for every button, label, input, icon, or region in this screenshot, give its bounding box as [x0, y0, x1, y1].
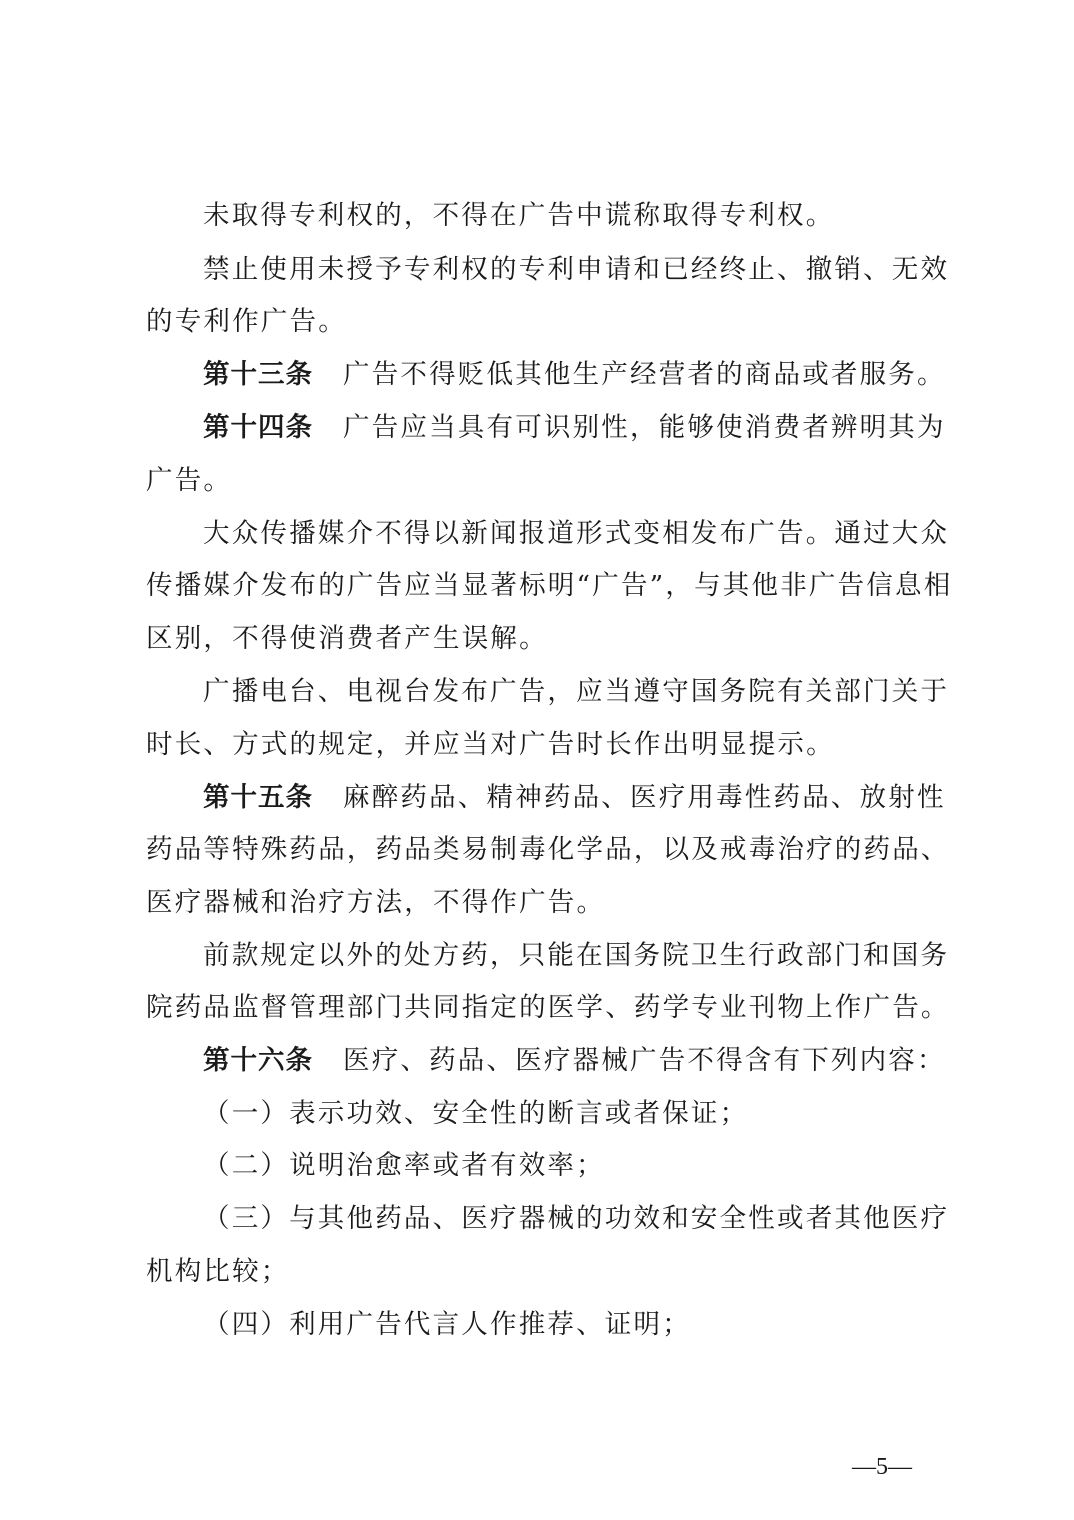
- list-item: （三）与其他药品、医疗器械的功效和安全性或者其他医疗: [203, 1199, 1003, 1239]
- article-heading: 第十五条: [203, 782, 313, 813]
- text-line: 未取得专利权的，不得在广告中谎称取得专利权。: [203, 196, 1003, 236]
- line-text: 广告。: [146, 465, 232, 496]
- text-line: 院药品监督管理部门共同指定的医学、药学专业刊物上作广告。: [146, 988, 946, 1028]
- document-page: 未取得专利权的，不得在广告中谎称取得专利权。 禁止使用未授予专利权的专利申请和已…: [0, 0, 1074, 1520]
- line-text: 的专利作广告。: [146, 306, 347, 337]
- page-number: —5—: [852, 1452, 912, 1482]
- line-text: 医疗器械和治疗方法，不得作广告。: [146, 887, 605, 918]
- text-line: 医疗器械和治疗方法，不得作广告。: [146, 883, 946, 923]
- line-text: 机构比较；: [146, 1256, 290, 1287]
- line-text: （三）与其他药品、医疗器械的功效和安全性或者其他医疗: [203, 1203, 949, 1234]
- article-heading: 第十四条: [203, 412, 313, 443]
- text-line: 前款规定以外的处方药，只能在国务院卫生行政部门和国务: [203, 936, 1003, 976]
- line-text: 传播媒介发布的广告应当显著标明“广告”，与其他非广告信息相: [146, 570, 952, 601]
- text-line: 传播媒介发布的广告应当显著标明“广告”，与其他非广告信息相: [146, 566, 946, 606]
- line-text: 医疗、药品、医疗器械广告不得含有下列内容：: [343, 1045, 946, 1076]
- text-line: 广告。: [146, 461, 946, 501]
- line-text: 广告不得贬低其他生产经营者的商品或者服务。: [343, 359, 946, 390]
- line-text: 时长、方式的规定，并应当对广告时长作出明显提示。: [146, 729, 835, 760]
- line-text: 大众传播媒介不得以新闻报道形式变相发布广告。通过大众: [203, 518, 949, 549]
- article-heading: 第十六条: [203, 1045, 313, 1076]
- line-text: （二）说明治愈率或者有效率；: [203, 1150, 605, 1181]
- text-line: 机构比较；: [146, 1252, 946, 1292]
- line-text: 广告应当具有可识别性，能够使消费者辨明其为: [343, 412, 946, 443]
- line-text: 院药品监督管理部门共同指定的医学、药学专业刊物上作广告。: [146, 992, 950, 1023]
- line-text: （一）表示功效、安全性的断言或者保证；: [203, 1098, 748, 1129]
- text-line: 区别，不得使消费者产生误解。: [146, 619, 946, 659]
- article-16: 第十六条医疗、药品、医疗器械广告不得含有下列内容：: [203, 1041, 1003, 1081]
- text-line: 广播电台、电视台发布广告，应当遵守国务院有关部门关于: [203, 672, 1003, 712]
- text-line: 大众传播媒介不得以新闻报道形式变相发布广告。通过大众: [203, 514, 1003, 554]
- text-line: 药品等特殊药品，药品类易制毒化学品，以及戒毒治疗的药品、: [146, 830, 946, 870]
- article-15: 第十五条麻醉药品、精神药品、医疗用毒性药品、放射性: [203, 778, 1003, 818]
- article-13: 第十三条广告不得贬低其他生产经营者的商品或者服务。: [203, 355, 1003, 395]
- line-text: 区别，不得使消费者产生误解。: [146, 623, 548, 654]
- article-heading: 第十三条: [203, 359, 313, 390]
- line-text: 麻醉药品、精神药品、医疗用毒性药品、放射性: [343, 782, 946, 813]
- list-item: （二）说明治愈率或者有效率；: [203, 1146, 1003, 1186]
- text-line: 时长、方式的规定，并应当对广告时长作出明显提示。: [146, 725, 946, 765]
- text-line: 禁止使用未授予专利权的专利申请和已经终止、撤销、无效: [203, 250, 1003, 290]
- list-item: （四）利用广告代言人作推荐、证明；: [203, 1305, 1003, 1345]
- line-text: 广播电台、电视台发布广告，应当遵守国务院有关部门关于: [203, 676, 949, 707]
- line-text: （四）利用广告代言人作推荐、证明；: [203, 1309, 691, 1340]
- article-14: 第十四条广告应当具有可识别性，能够使消费者辨明其为: [203, 408, 1003, 448]
- line-text: 药品等特殊药品，药品类易制毒化学品，以及戒毒治疗的药品、: [146, 834, 950, 865]
- line-text: 前款规定以外的处方药，只能在国务院卫生行政部门和国务: [203, 940, 949, 971]
- text-line: 的专利作广告。: [146, 302, 946, 342]
- line-text: 未取得专利权的，不得在广告中谎称取得专利权。: [203, 200, 834, 231]
- line-text: 禁止使用未授予专利权的专利申请和已经终止、撤销、无效: [203, 254, 949, 285]
- list-item: （一）表示功效、安全性的断言或者保证；: [203, 1094, 1003, 1134]
